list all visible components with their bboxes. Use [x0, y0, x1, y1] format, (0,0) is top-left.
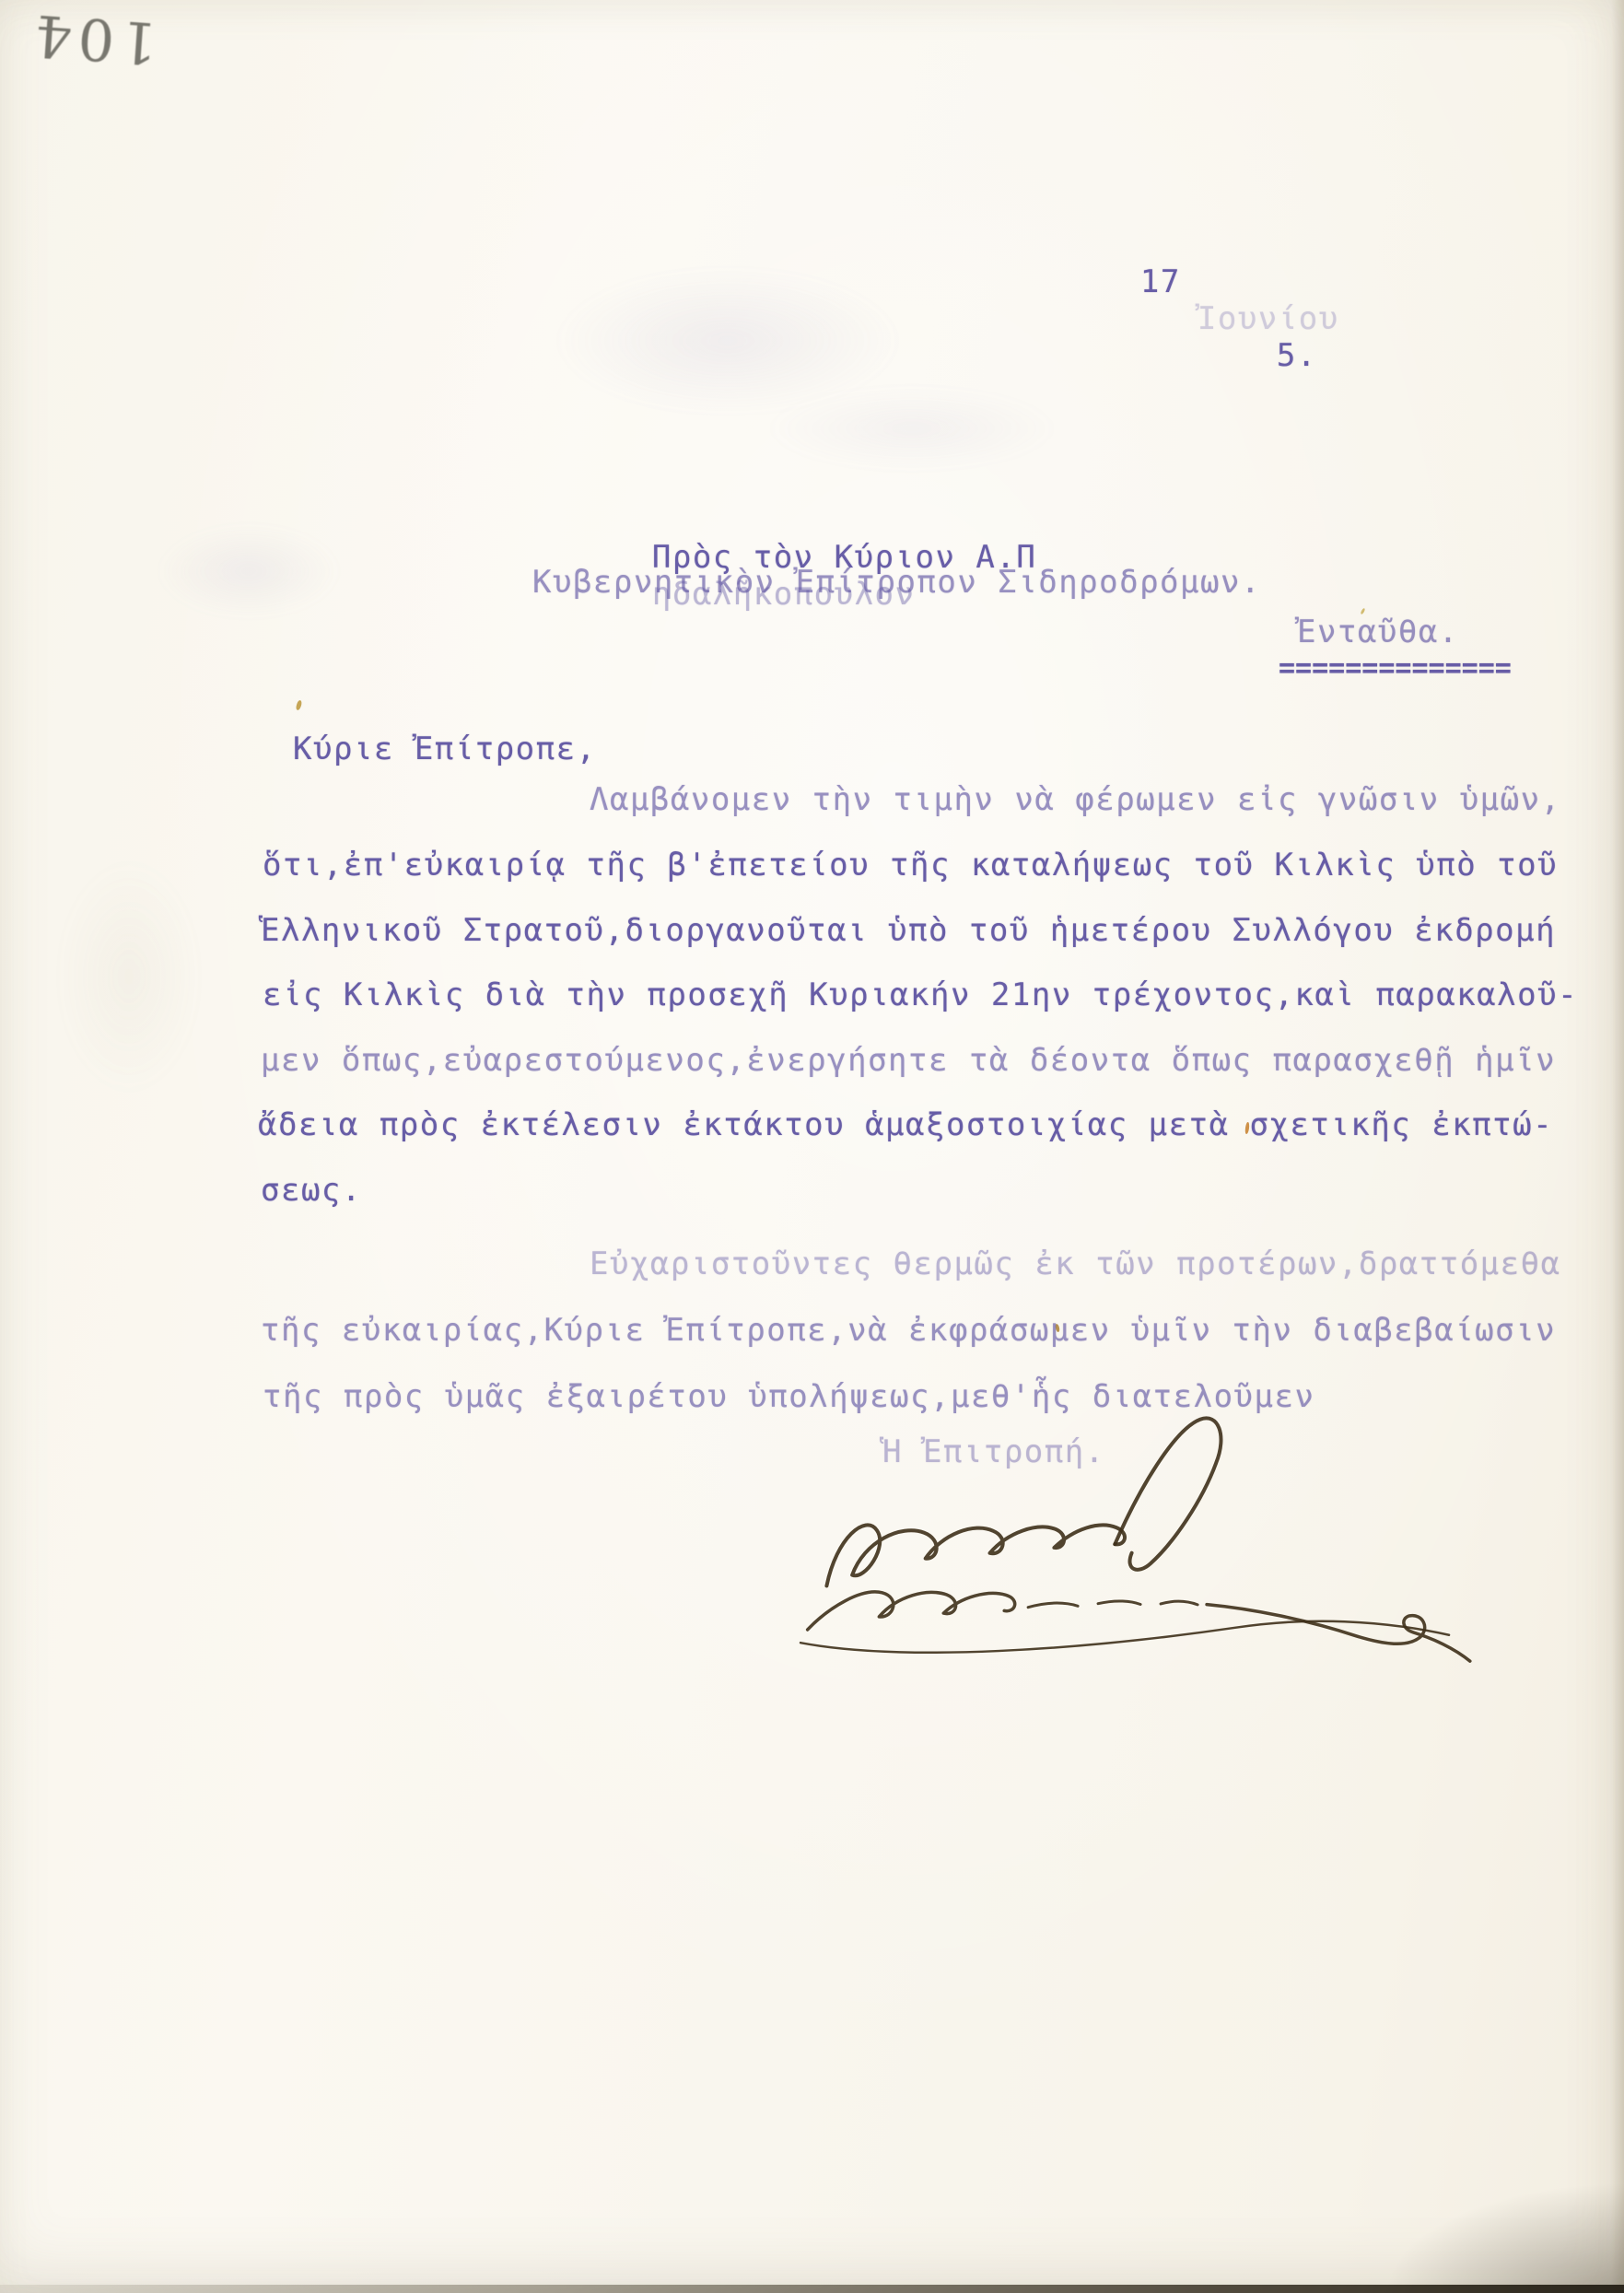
salutation: Κύριε Ἐπίτροπε,	[293, 731, 597, 767]
scan-corner-shadow	[1384, 2182, 1624, 2293]
bleedthrough-smudge	[157, 525, 341, 617]
body-line: ὅτι,ἐπ'εὐκαιρίᾳ τῆς β'ἐπετείου τῆς καταλ…	[263, 847, 1558, 883]
recipient-place: Ἐνταῦθα.	[1297, 614, 1459, 650]
scan-right-edge	[1611, 0, 1624, 2293]
recipient-place-underline: ==============	[1279, 652, 1512, 684]
body-line: ἄδεια πρὸς ἐκτέλεσιν ἐκτάκτου ἁμαξοστοιχ…	[258, 1106, 1553, 1143]
body-line: τῆς εὐκαιρίας,Κύριε Ἐπίτροπε,νὰ ἐκφράσωμ…	[261, 1312, 1556, 1349]
date-day: 17	[1140, 263, 1181, 300]
bleedthrough-smudge	[553, 267, 903, 415]
date-month: Ἰουνίου	[1198, 300, 1339, 337]
body-line: σεως.	[261, 1172, 362, 1209]
body-line: Εὐχαριστοῦντες θερμῶς ἐκ τῶν προτέρων,δρ…	[590, 1246, 1561, 1282]
bleedthrough-smudge	[765, 387, 1059, 470]
recipient-title: Κυβερνητικὸν Ἐπίτροπον Σιδηροδρόμων.	[532, 564, 1261, 601]
body-line: Ἑλληνικοῦ Στρατοῦ,διοργανοῦται ὑπὸ τοῦ ἡ…	[261, 912, 1556, 949]
date-line: 17 Ἰουνίου 5.	[1059, 227, 1339, 411]
date-year: 5.	[1277, 337, 1317, 374]
body-line: μεν ὅπως,εὐαρεστούμενος,ἐνεργήσητε τὰ δέ…	[261, 1042, 1556, 1079]
paper-shade	[55, 857, 203, 1096]
paper-speck	[295, 699, 302, 710]
body-line: εἰς Κιλκὶς διὰ τὴν προσεχῆ Κυριακήν 21ην…	[263, 977, 1578, 1013]
signature	[768, 1371, 1476, 1693]
scan-bottom-edge	[0, 2285, 1624, 2293]
archive-number-stamp: 104	[22, 1, 165, 77]
body-line: Λαμβάνομεν τὴν τιμὴν νὰ φέρωμεν εἰς γνῶσ…	[590, 781, 1561, 818]
letter-page: 104 17 Ἰουνίου 5. Πρὸς τὸν Κύριον Α.Π ηδ…	[0, 0, 1624, 2293]
